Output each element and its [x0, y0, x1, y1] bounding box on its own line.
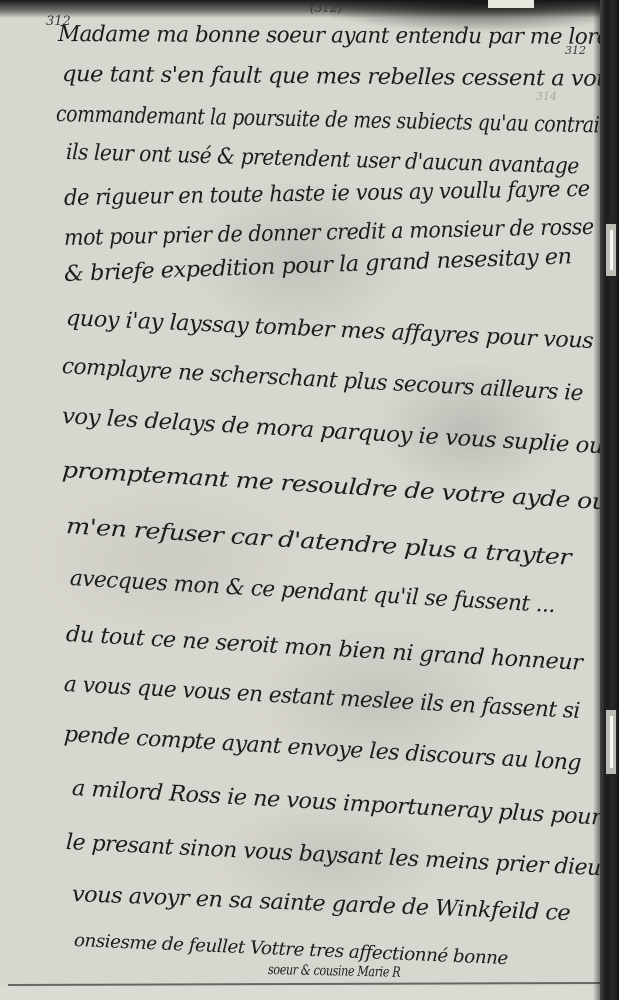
- letter-line-10: voy les delays de mora parquoy ie vous s…: [61, 404, 603, 459]
- folio-number-top-center: (312): [310, 1, 342, 15]
- letter-line-17: a milord Ross ie ne vous importuneray pl…: [71, 776, 602, 831]
- letter-line-12: m'en refuser car d'atendre plus a trayte…: [65, 514, 571, 571]
- letter-line-9: complayre ne scherschant plus secours ai…: [61, 354, 583, 406]
- letter-line-13: avecques mon & ce pendant qu'il se fusse…: [69, 566, 555, 618]
- binding-ring-upper: [604, 222, 618, 278]
- volume-binding-edge: [600, 0, 619, 1000]
- letter-line-19: vous avoyr en sa sainte garde de Winkfei…: [72, 882, 571, 926]
- letter-line-2: que tant s'en fault que mes rebelles ces…: [62, 62, 619, 92]
- letter-line-15: a vous que vous en estant meslee ils en …: [63, 672, 580, 724]
- bottom-paper-edge: [0, 986, 619, 1000]
- folio-number-faint: 314: [536, 90, 557, 103]
- letter-line-14: du tout ce ne seroit mon bien ni grand h…: [65, 622, 583, 676]
- letter-line-5: de rigueur en toute haste ie vous ay vou…: [64, 177, 590, 211]
- signature-marie-r: soeur & cousine Marie R: [268, 962, 401, 981]
- letter-line-11: promptemant me resouldre de votre ayde o…: [61, 458, 608, 515]
- top-paper-tab: [488, 0, 534, 8]
- binding-ring-lower: [604, 708, 618, 776]
- letter-line-8: quoy i'ay layssay tomber mes affayres po…: [65, 306, 593, 354]
- letter-line-7: & briefe expedition pour la grand nesesi…: [64, 244, 572, 287]
- letter-line-16: pende compte ayant envoye les discours a…: [63, 722, 581, 776]
- letter-line-18: le presant sinon vous baysant les meins …: [65, 830, 601, 881]
- letter-line-1: Madame ma bonne soeur ayant entendu par …: [58, 22, 619, 50]
- letter-line-3: commandemant la poursuite de mes subiect…: [56, 102, 619, 139]
- letter-line-4: ils leur ont usé & pretendent user d'auc…: [66, 140, 579, 179]
- manuscript-page: 312 (312) 312 314 Madame ma bonne soeur …: [0, 0, 619, 1000]
